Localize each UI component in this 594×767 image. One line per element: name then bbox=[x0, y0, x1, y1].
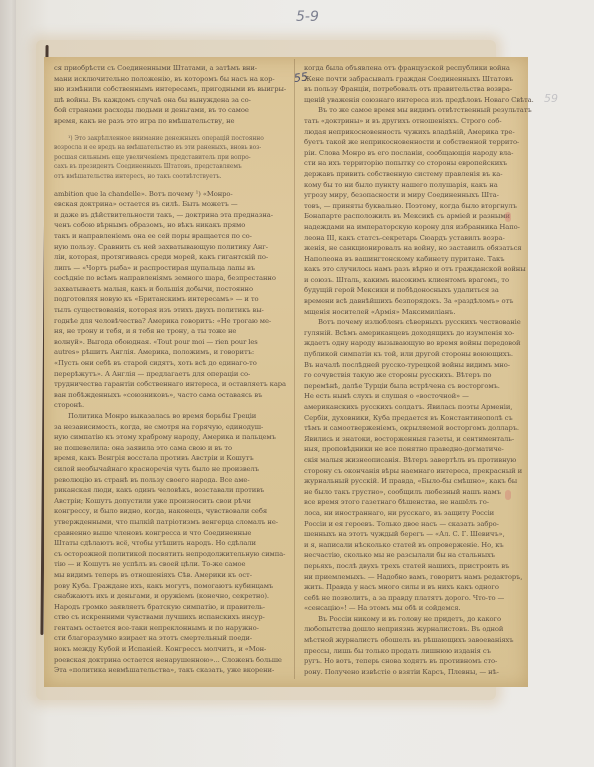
text-line: несчастію, сколько мы не разсылали бы на… bbox=[304, 550, 536, 561]
text-line: Австріи; Кошутъ допустили уже произносит… bbox=[54, 496, 286, 507]
text-line: время, какъ Венгрія восстала противъ Авс… bbox=[54, 453, 286, 464]
text-line: и даже въ дѣйствительности такъ, — доктр… bbox=[54, 210, 286, 221]
text-line: ліи, которая, протягиваясь среди морей, … bbox=[54, 252, 286, 263]
text-line: перерѣжутъ». А Англія — предлагаетъ для … bbox=[54, 369, 286, 380]
text-line: ван побѣжденныхъ «союзниковъ», часто сам… bbox=[54, 390, 286, 401]
text-line: autres» рѣшитъ Англія. Америка, положимъ… bbox=[54, 347, 286, 358]
right-paragraph-3: Вотъ почему излюбленъ сѣверныхъ русскихъ… bbox=[304, 317, 536, 614]
text-line: буетъ такой же неприкосновенности и собс… bbox=[304, 137, 536, 148]
text-line: перьяхъ, послѣ двухъ трехъ статей нашихъ… bbox=[304, 561, 536, 572]
text-line: ни приемлемыхъ. — Надобно вамъ, говоритъ… bbox=[304, 572, 536, 583]
text-line: мщенія носителей «Армія» Максимиліанъ. bbox=[304, 307, 536, 318]
text-line: годнѣе для человѣчества? Америка говорит… bbox=[54, 316, 286, 327]
text-line: сосѣдніе по всѣмъ направленіямъ земного … bbox=[54, 273, 286, 284]
red-ink-mark bbox=[505, 212, 511, 222]
text-line: журнальный русскій. И правда, «Было-бы с… bbox=[304, 476, 536, 487]
text-line: ambition que la chandelle». Вотъ почему … bbox=[54, 189, 286, 200]
text-line: американскихъ русскихъ солдатъ. Явилась … bbox=[304, 402, 536, 413]
text-line: волнуй». Выгода обоюдная. «Tout pour moi… bbox=[54, 337, 286, 348]
text-line: сти благоразумно взирает на этотъ смерте… bbox=[54, 633, 286, 644]
text-line: ныя, проповѣдники не все понятно праведн… bbox=[304, 444, 536, 455]
text-line: ждаетъ одну народу вызывающую во время в… bbox=[304, 338, 536, 349]
text-line: гуляній. Всѣмъ американцевъ доходящихъ д… bbox=[304, 328, 536, 339]
text-line: надеждами на императорскую корону для из… bbox=[304, 222, 536, 233]
text-line: росшая сильнымъ еще увеличеніемъ предста… bbox=[54, 153, 286, 163]
text-line: щеній уваженія союзнаго интереса изъ пре… bbox=[304, 95, 536, 106]
text-line: прессы, лишь бы только продать лишнюю из… bbox=[304, 646, 536, 657]
text-line: ругъ. Но вотъ, теперь снова ходятъ въ пр… bbox=[304, 656, 536, 667]
text-line: въ пользу Франціи, потребовалъ отъ прави… bbox=[304, 84, 536, 95]
text-line: Эта «политика невмѣшательства», такъ ска… bbox=[54, 665, 286, 676]
right-top-paragraph: когда была объявлена отъ французской рес… bbox=[304, 63, 536, 105]
text-line: ную симпатію къ этому храброму народу, А… bbox=[54, 432, 286, 443]
folio-number-right: 59 bbox=[544, 92, 558, 105]
text-line: силой необычайнаго красноречія чуть было… bbox=[54, 464, 286, 475]
text-line: ную пользу. Сравнить съ ней захватывающу… bbox=[54, 242, 286, 253]
text-line: революцію въ странѣ въ пользу своего нар… bbox=[54, 475, 286, 486]
text-line: любопытства дошло неприязнь журналистовъ… bbox=[304, 624, 536, 635]
text-line: риканская люди, какъ одинъ человѣкъ, воз… bbox=[54, 485, 286, 496]
red-ink-mark bbox=[505, 490, 511, 500]
text-line: жить. Правда у насъ много силы и въ нихъ… bbox=[304, 582, 536, 593]
text-line: будущій герой Мексики и побѣдоносныхъ уд… bbox=[304, 285, 536, 296]
text-line: скія малыя жизнеописанія. Вѣтеръ завертѣ… bbox=[304, 455, 536, 466]
text-line: ріи. Слова Монро въ его посланіи, сообща… bbox=[304, 148, 536, 159]
text-line: Не есть нынѣ слухъ и слушая о «восточной… bbox=[304, 391, 536, 402]
text-line: и союзъ. Шталь, какимъ высокимъ клиентом… bbox=[304, 275, 536, 286]
text-line: шенныхъ на этотъ чуждый берегъ — «Ал. С.… bbox=[304, 529, 536, 540]
text-line: Вотъ почему излюбленъ сѣверныхъ русскихъ… bbox=[304, 317, 536, 328]
text-line: ся приобрѣсти съ Соединенными Штатами, а… bbox=[54, 63, 286, 74]
text-line: ню измѣнили собственнымъ интересамъ, при… bbox=[54, 84, 286, 95]
text-line: такъ и направленіемъ она ее сей поры вра… bbox=[54, 231, 286, 242]
left-column: ся приобрѣсти съ Соединенными Штатами, а… bbox=[54, 63, 286, 678]
text-line: тѣмъ и самоотверженіемъ, окрыляемой вост… bbox=[304, 423, 536, 434]
text-line: Явились и знатоки, восторженныя газеты, … bbox=[304, 434, 536, 445]
text-line: го сочувствія такую же стороны русскихъ.… bbox=[304, 370, 536, 381]
text-line: Наполеона въ вашингтонскому кабинету пур… bbox=[304, 254, 536, 265]
text-line: утвержденными, что пылкій патріотизмъ ве… bbox=[54, 517, 286, 528]
text-line: женія, не санкционировалъ на войну, но з… bbox=[304, 243, 536, 254]
text-line: Политика Монро выказалась во время борьб… bbox=[54, 411, 286, 422]
text-line: сравненно выше членовъ конгресса и что С… bbox=[54, 528, 286, 539]
text-line: нокъ между Кубой и Испаніей. Конгрессъ м… bbox=[54, 644, 286, 655]
text-line: кому бы то ни было пункту нашего полушар… bbox=[304, 180, 536, 191]
text-line: подготовляя новую къ «Британскимъ интере… bbox=[54, 294, 286, 305]
text-line: съ осторожной политикой посвятить непрод… bbox=[54, 549, 286, 560]
text-line: Сербіи, духовники, Куба предается въ Кон… bbox=[304, 413, 536, 424]
text-line: трудничества гарантіи собственнаго интер… bbox=[54, 379, 286, 390]
text-line: отъ вмѣшательства интересъ, но такъ соот… bbox=[54, 172, 286, 182]
right-column: когда была объявлена отъ французской рес… bbox=[304, 63, 536, 678]
text-line: Россіи и ея героевъ. Только двое насъ — … bbox=[304, 519, 536, 530]
text-line: конгрессу, и было видно, когда, наконецъ… bbox=[54, 506, 286, 517]
text-line: людая неприкосновенность чужихъ владѣній… bbox=[304, 127, 536, 138]
text-line: Жене почти забрасывалъ граждан Соединенн… bbox=[304, 74, 536, 85]
text-line: и я, написали нѣсколько статей въ опрове… bbox=[304, 540, 536, 551]
text-line: липъ — «Чортъ рыба» и распростирая щупал… bbox=[54, 263, 286, 274]
text-line: Народъ громко заявляетъ братскую симпаті… bbox=[54, 602, 286, 613]
text-line: тылъ существованія, которая изъ этихъ дв… bbox=[54, 305, 286, 316]
text-line: гентамъ остается все-таки непреклоннымъ … bbox=[54, 623, 286, 634]
text-line: снабжаютъ ихъ и деньгами, и оружіемъ (ко… bbox=[54, 591, 286, 602]
text-line: товъ, — приняты буквально. Поэтому, когд… bbox=[304, 201, 536, 212]
text-line: державъ привить собственную систему прав… bbox=[304, 169, 536, 180]
text-line: сти на ихъ территорію попытку со стороны… bbox=[304, 158, 536, 169]
binding-edge bbox=[0, 0, 16, 767]
right-paragraph-2: Въ то же самое время мы видимъ отвѣтстве… bbox=[304, 105, 536, 317]
text-line: ченъ собою вѣрнымъ образомъ, но вѣкъ ник… bbox=[54, 220, 286, 231]
text-line: ня, не трону и тебя, и я тебя не трону, … bbox=[54, 326, 286, 337]
newspaper-clipping: 55 ся приобрѣсти съ Соединенными Штатами… bbox=[44, 57, 528, 687]
text-line: Въ началѣ послѣдней русско-турецкой войн… bbox=[304, 360, 536, 371]
text-line: себѣ не позволитъ, а за правду платятъ д… bbox=[304, 593, 536, 604]
text-line: мѣстной журналистъ обошелъ въ рѣшающихъ … bbox=[304, 635, 536, 646]
column-divider bbox=[294, 59, 295, 679]
text-line: перемѣнѣ, далѣе Турціи была встрѣчена съ… bbox=[304, 381, 536, 392]
text-line: мы видимъ теперь въ отношеніяхъ Сѣв. Аме… bbox=[54, 570, 286, 581]
text-line: публикой симпатіи къ той, или другой сто… bbox=[304, 349, 536, 360]
text-line: мани исключительно положенію, въ котором… bbox=[54, 74, 286, 85]
text-line: бой странами расходы людьми и деньгами, … bbox=[54, 105, 286, 116]
text-line: все время этого газетнаго бѣшенства, не … bbox=[304, 497, 536, 508]
text-line: рову Куба. Граждане ихъ, какъ могутъ, по… bbox=[54, 581, 286, 592]
text-line: не пошевелила: она заявила это сама свою… bbox=[54, 443, 286, 454]
text-line: Штаты сдѣлаютъ всё, чтобы утѣшить народъ… bbox=[54, 538, 286, 549]
text-line: роевская доктрина остается ненарушенною»… bbox=[54, 655, 286, 666]
right-paragraph-4: Въ Россіи никому и въ голову не придетъ,… bbox=[304, 614, 536, 678]
text-line: сторонѣ. bbox=[54, 400, 286, 411]
text-line: «сенсацію»! — На этомъ мы обѣ и сойдемся… bbox=[304, 603, 536, 614]
text-line: ство съ искренними чувствами лучшихъ исп… bbox=[54, 612, 286, 623]
text-line: не было такъ грустно», сообщилъ любезный… bbox=[304, 487, 536, 498]
left-paragraph-monroe: Политика Монро выказалась во время борьб… bbox=[54, 411, 286, 678]
text-line: шѣ войны. Въ каждомъ случаѣ она бы вынуж… bbox=[54, 95, 286, 106]
text-line: Въ Россіи никому и въ голову не придетъ,… bbox=[304, 614, 536, 625]
text-line: лась давно въ сердцѣ государственныхъ лю… bbox=[54, 676, 286, 678]
text-line: за независимость, когда, не смотря на го… bbox=[54, 422, 286, 433]
text-line: сахъ въ президентъ Соединенныхъ Штатовъ,… bbox=[54, 162, 286, 172]
text-line: рону. Получено извѣстіе о взятіи Карсъ, … bbox=[304, 667, 536, 678]
text-line: времени всѣ давнѣйшихъ безпорядокъ. За «… bbox=[304, 296, 536, 307]
text-line: какъ это случилось намъ разъ вѣрно и отъ… bbox=[304, 264, 536, 275]
text-line: когда была объявлена отъ французской рес… bbox=[304, 63, 536, 74]
text-line: леона III, какъ статсъ-секретарь Сюардъ … bbox=[304, 233, 536, 244]
text-line: евская доктрина» остается въ силѣ. Быть … bbox=[54, 199, 286, 210]
text-line: угрозу миру, безопасности и миру Соедине… bbox=[304, 190, 536, 201]
text-line: тію — и Кошутъ не успѣлъ въ своей цѣли. … bbox=[54, 559, 286, 570]
text-line: сторону съ окончанія вѣры наемнаго интер… bbox=[304, 466, 536, 477]
text-line: сколько разъ рушились побѣды. Люди, кото… bbox=[304, 677, 536, 678]
text-line: Въ то же самое время мы видимъ отвѣтстве… bbox=[304, 105, 536, 116]
text-line: ¹) Это закрѣпленное внимание денежныхъ о… bbox=[54, 134, 286, 144]
text-line: лоса, ни иностраннаго, ни русскаго, въ з… bbox=[304, 508, 536, 519]
footnote: ¹) Это закрѣпленное внимание денежныхъ о… bbox=[54, 134, 286, 182]
left-main-paragraph: ambition que la chandelle». Вотъ почему … bbox=[54, 189, 286, 411]
left-top-paragraph: ся приобрѣсти съ Соединенными Штатами, а… bbox=[54, 63, 286, 127]
text-line: тать «доктрины» и въ другихъ отношеніяхъ… bbox=[304, 116, 536, 127]
text-line: «Пусть они себѣ въ старой сидятъ, хоть в… bbox=[54, 358, 286, 369]
text-line: захватываетъ малыя, какъ и большія добыч… bbox=[54, 284, 286, 295]
text-line: Бонапарте расположилъ въ Мексикѣ съ армі… bbox=[304, 211, 536, 222]
folio-number-top: 5-9 bbox=[296, 9, 319, 25]
text-line: возросла и ее вредъ на вмѣшательство въ … bbox=[54, 143, 286, 153]
text-line: время, какъ не разъ это игра по вмѣшател… bbox=[54, 116, 286, 127]
